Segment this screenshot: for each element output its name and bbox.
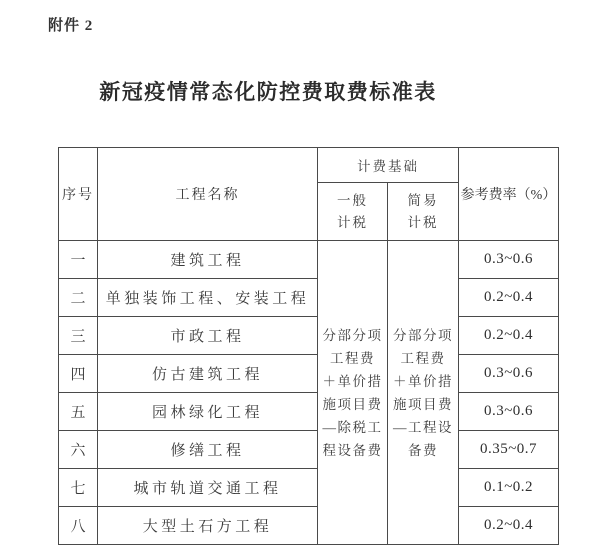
rate-value: 0.1~0.2 xyxy=(459,469,559,507)
table-row: 七 城市轨道交通工程 0.1~0.2 xyxy=(59,469,559,507)
column-header-rate: 参考费率（%） xyxy=(459,148,559,241)
table-row: 一 建筑工程 分部分项 工程费 ＋单价措 施项目费 —除税工 程设备费 分部分项… xyxy=(59,241,559,279)
project-name: 单独装饰工程、安装工程 xyxy=(98,279,318,317)
column-header-basis-simple: 简易 计税 xyxy=(388,183,459,241)
table-row: 八 大型土石方工程 0.2~0.4 xyxy=(59,507,559,545)
project-name: 城市轨道交通工程 xyxy=(98,469,318,507)
row-ordinal: 一 xyxy=(59,241,98,279)
row-ordinal: 四 xyxy=(59,355,98,393)
basis-general-merged-cell: 分部分项 工程费 ＋单价措 施项目费 —除税工 程设备费 xyxy=(318,241,388,545)
project-name: 修缮工程 xyxy=(98,431,318,469)
table-header-row-1: 序号 工程名称 计费基础 参考费率（%） xyxy=(59,148,559,183)
rate-value: 0.35~0.7 xyxy=(459,431,559,469)
project-name: 园林绿化工程 xyxy=(98,393,318,431)
fee-standard-table: 序号 工程名称 计费基础 参考费率（%） 一般 计税 简易 计税 一 建筑工程 … xyxy=(58,147,559,545)
row-ordinal: 二 xyxy=(59,279,98,317)
table-row: 二 单独装饰工程、安装工程 0.2~0.4 xyxy=(59,279,559,317)
project-name: 仿古建筑工程 xyxy=(98,355,318,393)
row-ordinal: 七 xyxy=(59,469,98,507)
project-name: 大型土石方工程 xyxy=(98,507,318,545)
table-row: 四 仿古建筑工程 0.3~0.6 xyxy=(59,355,559,393)
table-row: 五 园林绿化工程 0.3~0.6 xyxy=(59,393,559,431)
basis-simple-merged-cell: 分部分项 工程费 ＋单价措 施项目费 —工程设 备费 xyxy=(388,241,459,545)
rate-value: 0.2~0.4 xyxy=(459,507,559,545)
column-header-basis-general: 一般 计税 xyxy=(318,183,388,241)
document-page: { "page": { "attachment_label": "附件 2", … xyxy=(0,0,600,547)
table-row: 六 修缮工程 0.35~0.7 xyxy=(59,431,559,469)
row-ordinal: 五 xyxy=(59,393,98,431)
column-header-basis: 计费基础 xyxy=(318,148,459,183)
row-ordinal: 三 xyxy=(59,317,98,355)
row-ordinal: 八 xyxy=(59,507,98,545)
column-header-no: 序号 xyxy=(59,148,98,241)
table-row: 三 市政工程 0.2~0.4 xyxy=(59,317,559,355)
project-name: 市政工程 xyxy=(98,317,318,355)
rate-value: 0.3~0.6 xyxy=(459,393,559,431)
page-title: 新冠疫情常态化防控费取费标准表 xyxy=(0,76,536,106)
rate-value: 0.3~0.6 xyxy=(459,355,559,393)
rate-value: 0.2~0.4 xyxy=(459,279,559,317)
rate-value: 0.2~0.4 xyxy=(459,317,559,355)
row-ordinal: 六 xyxy=(59,431,98,469)
attachment-label: 附件 2 xyxy=(48,14,93,35)
rate-value: 0.3~0.6 xyxy=(459,241,559,279)
column-header-project: 工程名称 xyxy=(98,148,318,241)
project-name: 建筑工程 xyxy=(98,241,318,279)
